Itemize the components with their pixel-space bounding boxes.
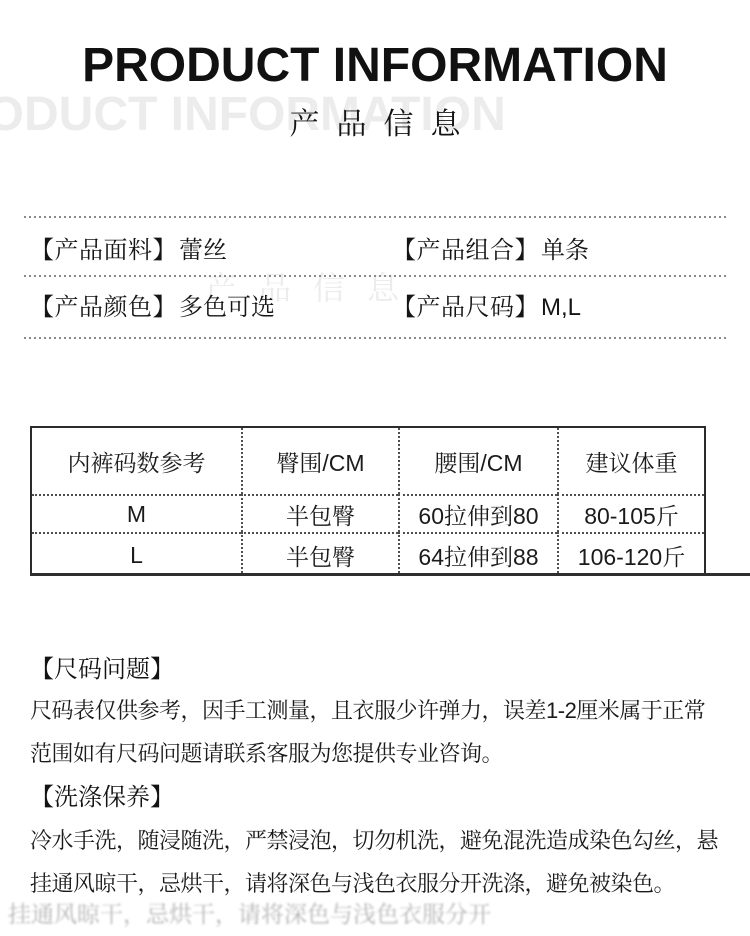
table-header-size-ref: 内裤码数参考 — [32, 428, 241, 494]
table-cell-m-weight: 80-105斤 — [557, 494, 704, 532]
table-header-hip: 臀围/CM — [241, 428, 398, 494]
attr-combination-label: 【产品组合】 — [392, 237, 539, 264]
attr-combination: 【产品组合】单条 — [392, 237, 589, 265]
page-title: PRODUCT INFORMATION — [0, 40, 750, 92]
product-info-page: PRODUCT INFORMATION PRODUCT INFORMATION … — [0, 0, 750, 936]
attr-combination-value: 单条 — [541, 237, 589, 264]
table-header-waist: 腰围/CM — [398, 428, 557, 494]
attr-color: 【产品颜色】多色可选 — [30, 294, 275, 322]
attr-size-value: M,L — [541, 294, 581, 321]
attr-size: 【产品尺码】M,L — [392, 294, 581, 322]
attr-color-value: 多色可选 — [179, 294, 275, 321]
table-bottom-border — [30, 573, 750, 576]
size-note-heading: 【尺码问题】 — [30, 656, 174, 684]
dotted-divider-1 — [24, 216, 727, 218]
table-header-weight: 建议体重 — [557, 428, 704, 494]
attr-fabric: 【产品面料】蕾丝 — [30, 237, 227, 265]
attr-color-label: 【产品颜色】 — [30, 294, 177, 321]
attr-fabric-label: 【产品面料】 — [30, 237, 177, 264]
care-line1: 冷水手洗，随浸随洗，严禁浸泡，切勿机洗，避免混洗造成染色勾丝，悬 — [30, 828, 718, 854]
attr-fabric-value: 蕾丝 — [179, 237, 227, 264]
table-cell-m-size: M — [32, 494, 241, 532]
care-heading: 【洗涤保养】 — [30, 784, 174, 812]
table-cell-m-waist: 60拉伸到80 — [398, 494, 557, 532]
size-note-line2: 范围如有尺码问题请联系客服为您提供专业咨询。 — [30, 741, 503, 767]
table-cell-l-hip: 半包臀 — [241, 532, 398, 576]
table-cell-l-size: L — [32, 532, 241, 576]
dotted-divider-2 — [24, 275, 727, 277]
size-reference-table: 内裤码数参考 臀围/CM 腰围/CM 建议体重 M 半包臀 60拉伸到80 80… — [30, 426, 706, 576]
page-subtitle-cn: 产品信息 — [0, 106, 750, 144]
care-line2: 挂通风晾干，忌烘干，请将深色与浅色衣服分开洗涤，避免被染色。 — [30, 871, 675, 897]
dotted-divider-3 — [24, 337, 727, 339]
table-cell-m-hip: 半包臀 — [241, 494, 398, 532]
table-cell-l-waist: 64拉伸到88 — [398, 532, 557, 576]
table-cell-l-weight: 106-120斤 — [557, 532, 704, 576]
attr-size-label: 【产品尺码】 — [392, 294, 539, 321]
watermark-bottom-text: 挂通风晾干，忌烘干，请将深色与浅色衣服分开 — [8, 901, 523, 927]
size-note-line1: 尺码表仅供参考，因手工测量，且衣服少许弹力，误差1-2厘米属于正常 — [30, 698, 705, 724]
